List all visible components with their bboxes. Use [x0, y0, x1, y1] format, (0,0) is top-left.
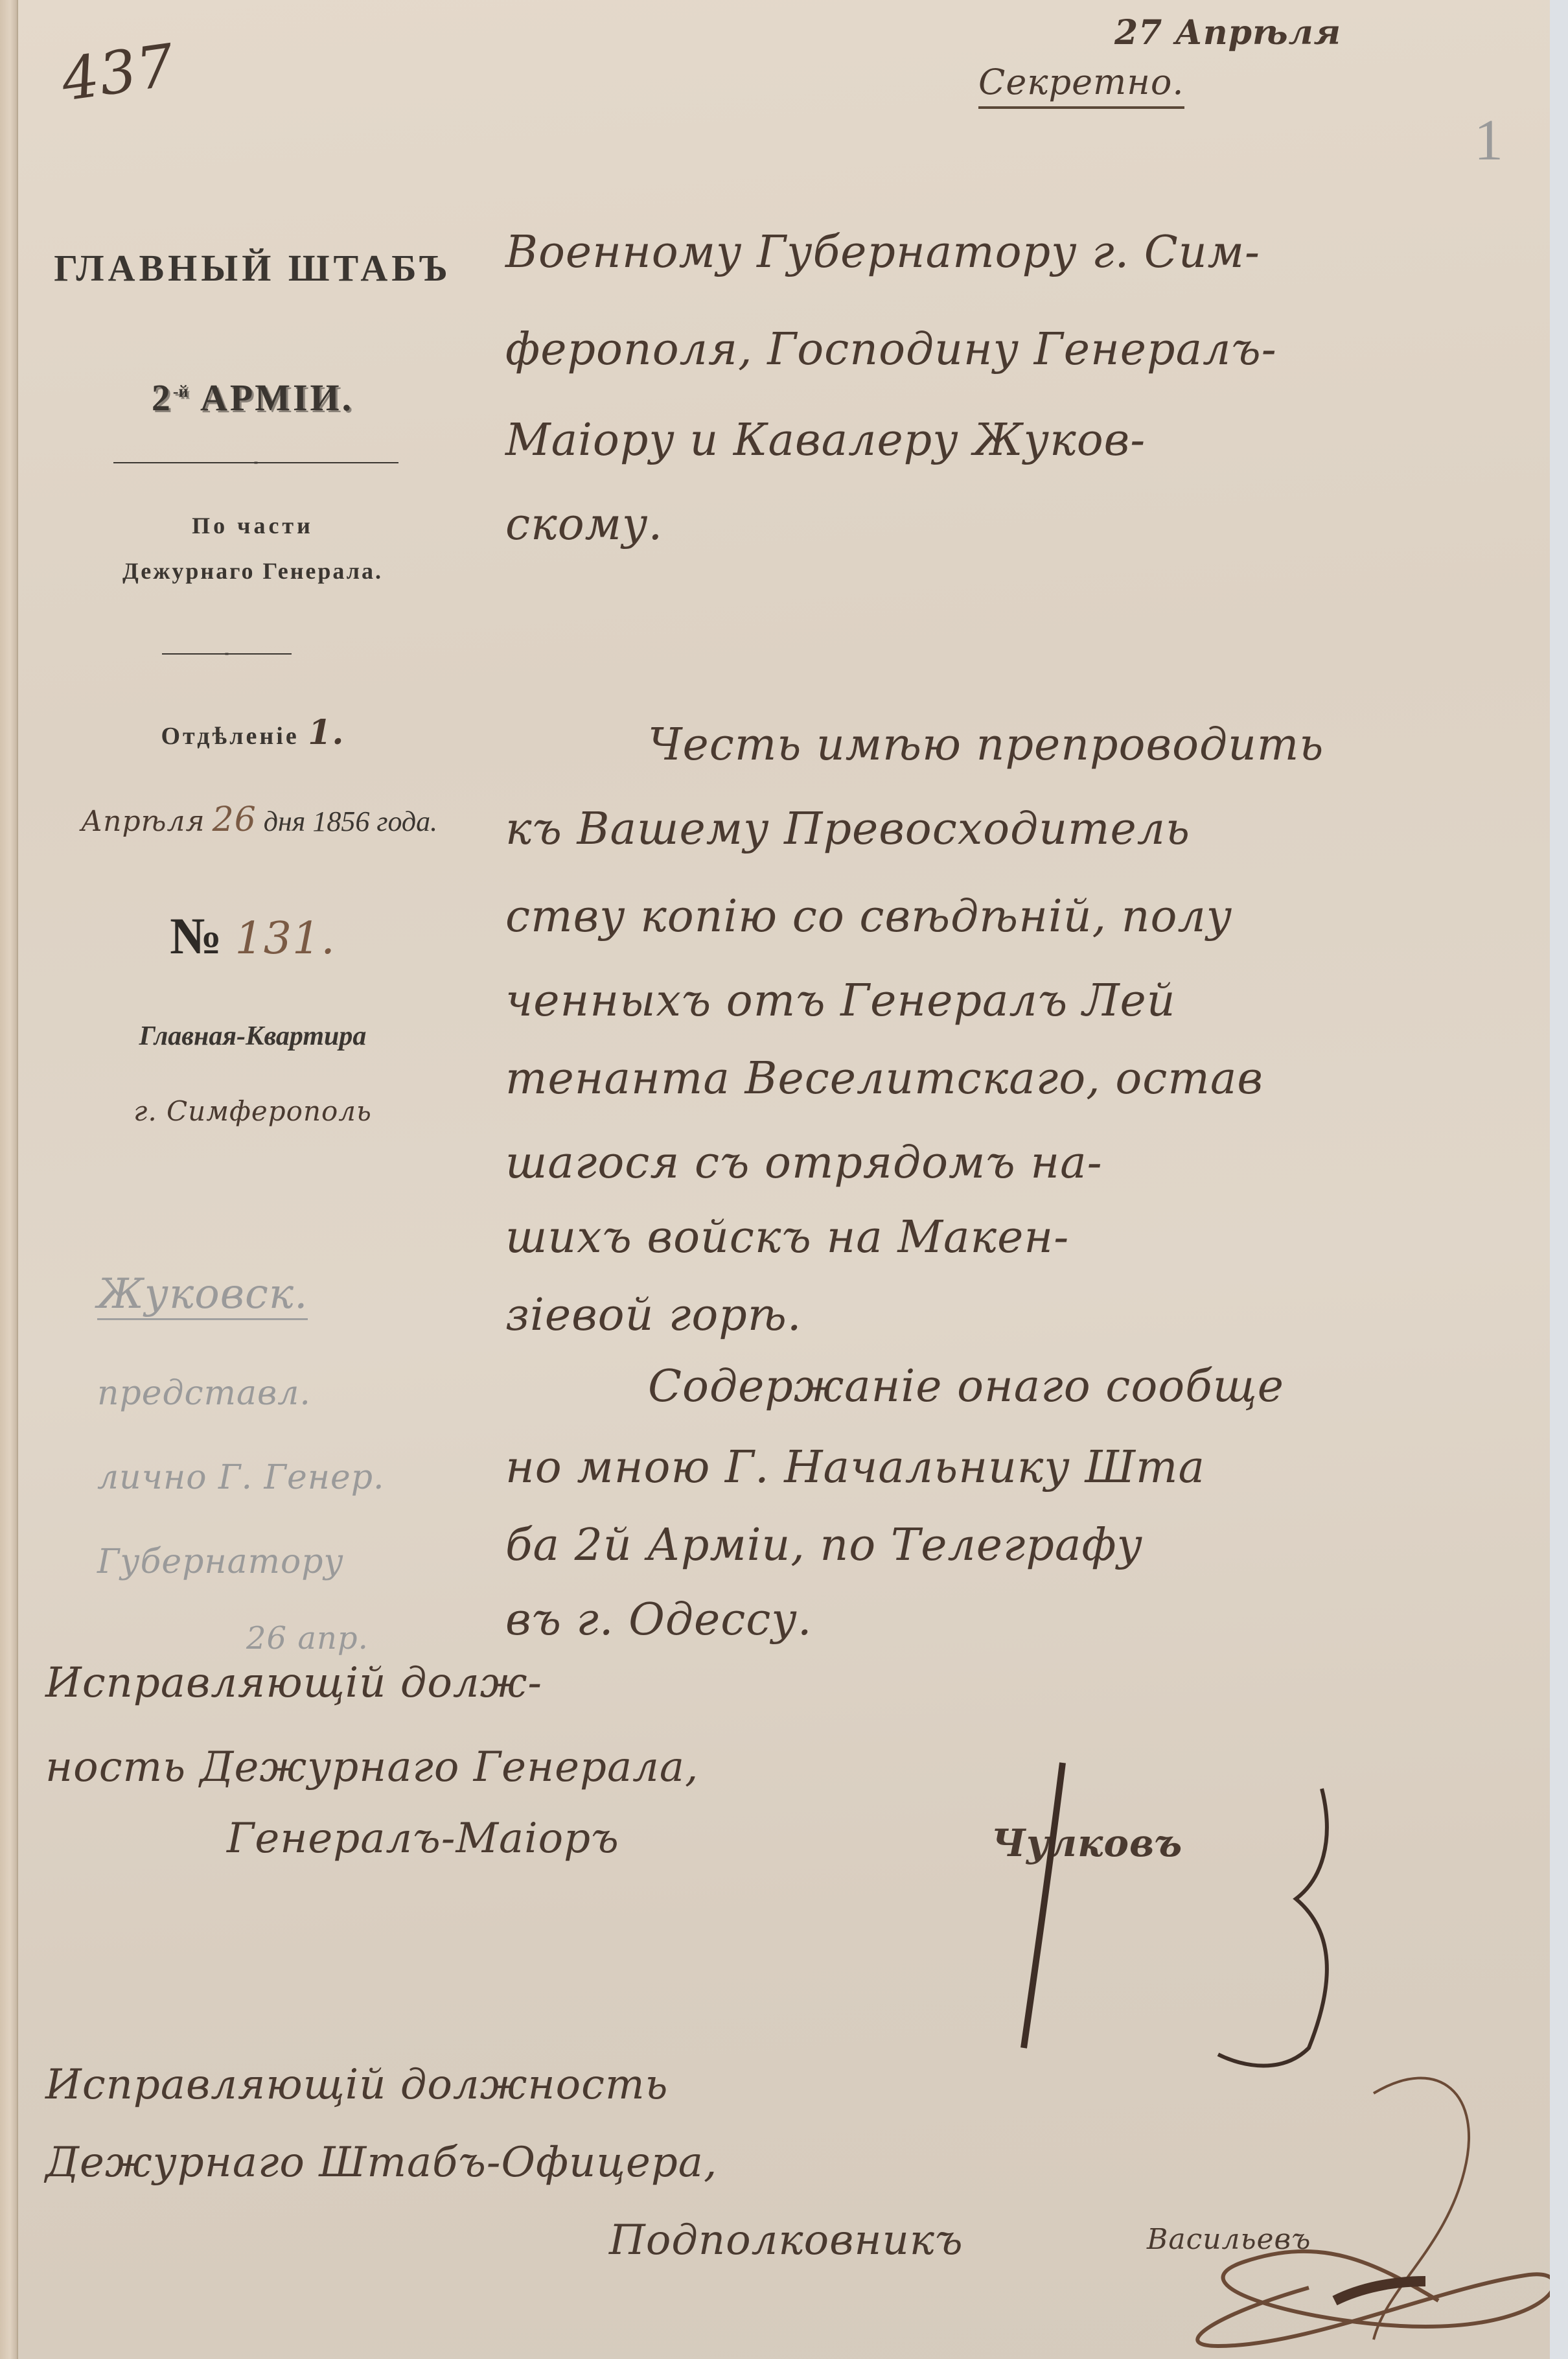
- date-month: Апрѣля: [81, 805, 205, 838]
- pencil-note-line: лично Г. Генер.: [97, 1458, 385, 1497]
- army-number: 2: [152, 377, 173, 419]
- classification-stamp: Секретно.: [978, 62, 1184, 109]
- signature-title-line: Дежурнаго Штабъ-Офицера,: [45, 2139, 717, 2187]
- binding-edge: [0, 0, 18, 2359]
- signature-title-line: Исправляющій должность: [45, 2061, 668, 2109]
- pencil-note-line: Губернатору: [97, 1542, 344, 1581]
- army-suffix: -й: [173, 382, 189, 401]
- headquarters: Главная-Квартира: [45, 1021, 460, 1052]
- body-line: тенанта Веселитскаго, остав: [505, 1053, 1263, 1104]
- pencil-note-line: 26 апр.: [246, 1620, 369, 1656]
- letterhead-army: 2-й АРМІИ.: [45, 376, 460, 419]
- letterhead-title: ГЛАВНЫЙ ШТАБЪ: [45, 246, 460, 290]
- ornamental-divider: [162, 651, 292, 657]
- army-label: АРМІИ.: [200, 377, 354, 419]
- pencil-note-line: представл.: [97, 1374, 311, 1413]
- document-date: Апрѣля 26 дня 1856 года.: [26, 800, 492, 839]
- page-number: 1: [1474, 107, 1503, 174]
- signature-flourish-icon: [972, 2041, 1555, 2359]
- body-line: ству копію со свѣдѣній, полу: [505, 891, 1232, 942]
- body-line: шихъ войскъ на Макен-: [505, 1212, 1069, 1263]
- signature-flourish-icon: [972, 1750, 1393, 2074]
- body-line: зіевой горѣ.: [505, 1290, 801, 1341]
- pencil-note-line: Жуковск.: [97, 1270, 308, 1320]
- addressee-line: ферополя, Господину Генералъ-: [505, 324, 1277, 375]
- department-number: 1.: [308, 713, 344, 752]
- scan-background-strip: [1550, 0, 1568, 2359]
- body-line: въ г. Одессу.: [505, 1594, 812, 1645]
- ornamental-divider: [113, 460, 398, 465]
- date-day: 26: [213, 800, 257, 839]
- date-rest: дня 1856 года.: [264, 806, 437, 837]
- addressee-line: Маіору и Кавалеру Жуков-: [505, 415, 1146, 466]
- body-line: Честь имѣю препроводить: [648, 719, 1324, 771]
- city: г. Симферополь: [45, 1095, 460, 1127]
- letterhead-part: По части: [45, 512, 460, 539]
- signature-rank: Подполковникъ: [609, 2216, 963, 2264]
- signature-rank: Генералъ-Маіоръ: [227, 1815, 619, 1863]
- folio-number: 437: [58, 31, 179, 114]
- number-sign: №: [170, 908, 222, 965]
- body-line: ба 2й Арміи, по Телеграфу: [505, 1520, 1143, 1571]
- body-line: но мною Г. Начальнику Шта: [505, 1442, 1205, 1493]
- department-label: Отдѣленіе: [161, 723, 299, 750]
- body-line: шагося съ отрядомъ на-: [505, 1137, 1103, 1189]
- received-date-note: 27 Апрѣля: [1114, 13, 1341, 52]
- document-number: № 131.: [45, 907, 460, 966]
- number-value: 131.: [235, 913, 335, 964]
- document-page: 437 27 Апрѣля Секретно. 1 ГЛАВНЫЙ ШТАБЪ …: [0, 0, 1550, 2359]
- body-line: къ Вашему Превосходитель: [505, 804, 1190, 855]
- letterhead-duty-general: Дежурнаго Генерала.: [45, 557, 460, 585]
- signature-title-line: ность Дежурнаго Генерала,: [45, 1743, 698, 1791]
- body-line: Содержаніе онаго сообще: [648, 1361, 1284, 1412]
- body-line: ченныхъ отъ Генералъ Лей: [505, 975, 1176, 1027]
- signature-title-line: Исправляющій долж-: [45, 1659, 542, 1707]
- department: Отдѣленіе 1.: [45, 713, 460, 752]
- addressee-line: Военному Губернатору г. Сим-: [505, 227, 1260, 278]
- addressee-line: скому.: [505, 499, 663, 550]
